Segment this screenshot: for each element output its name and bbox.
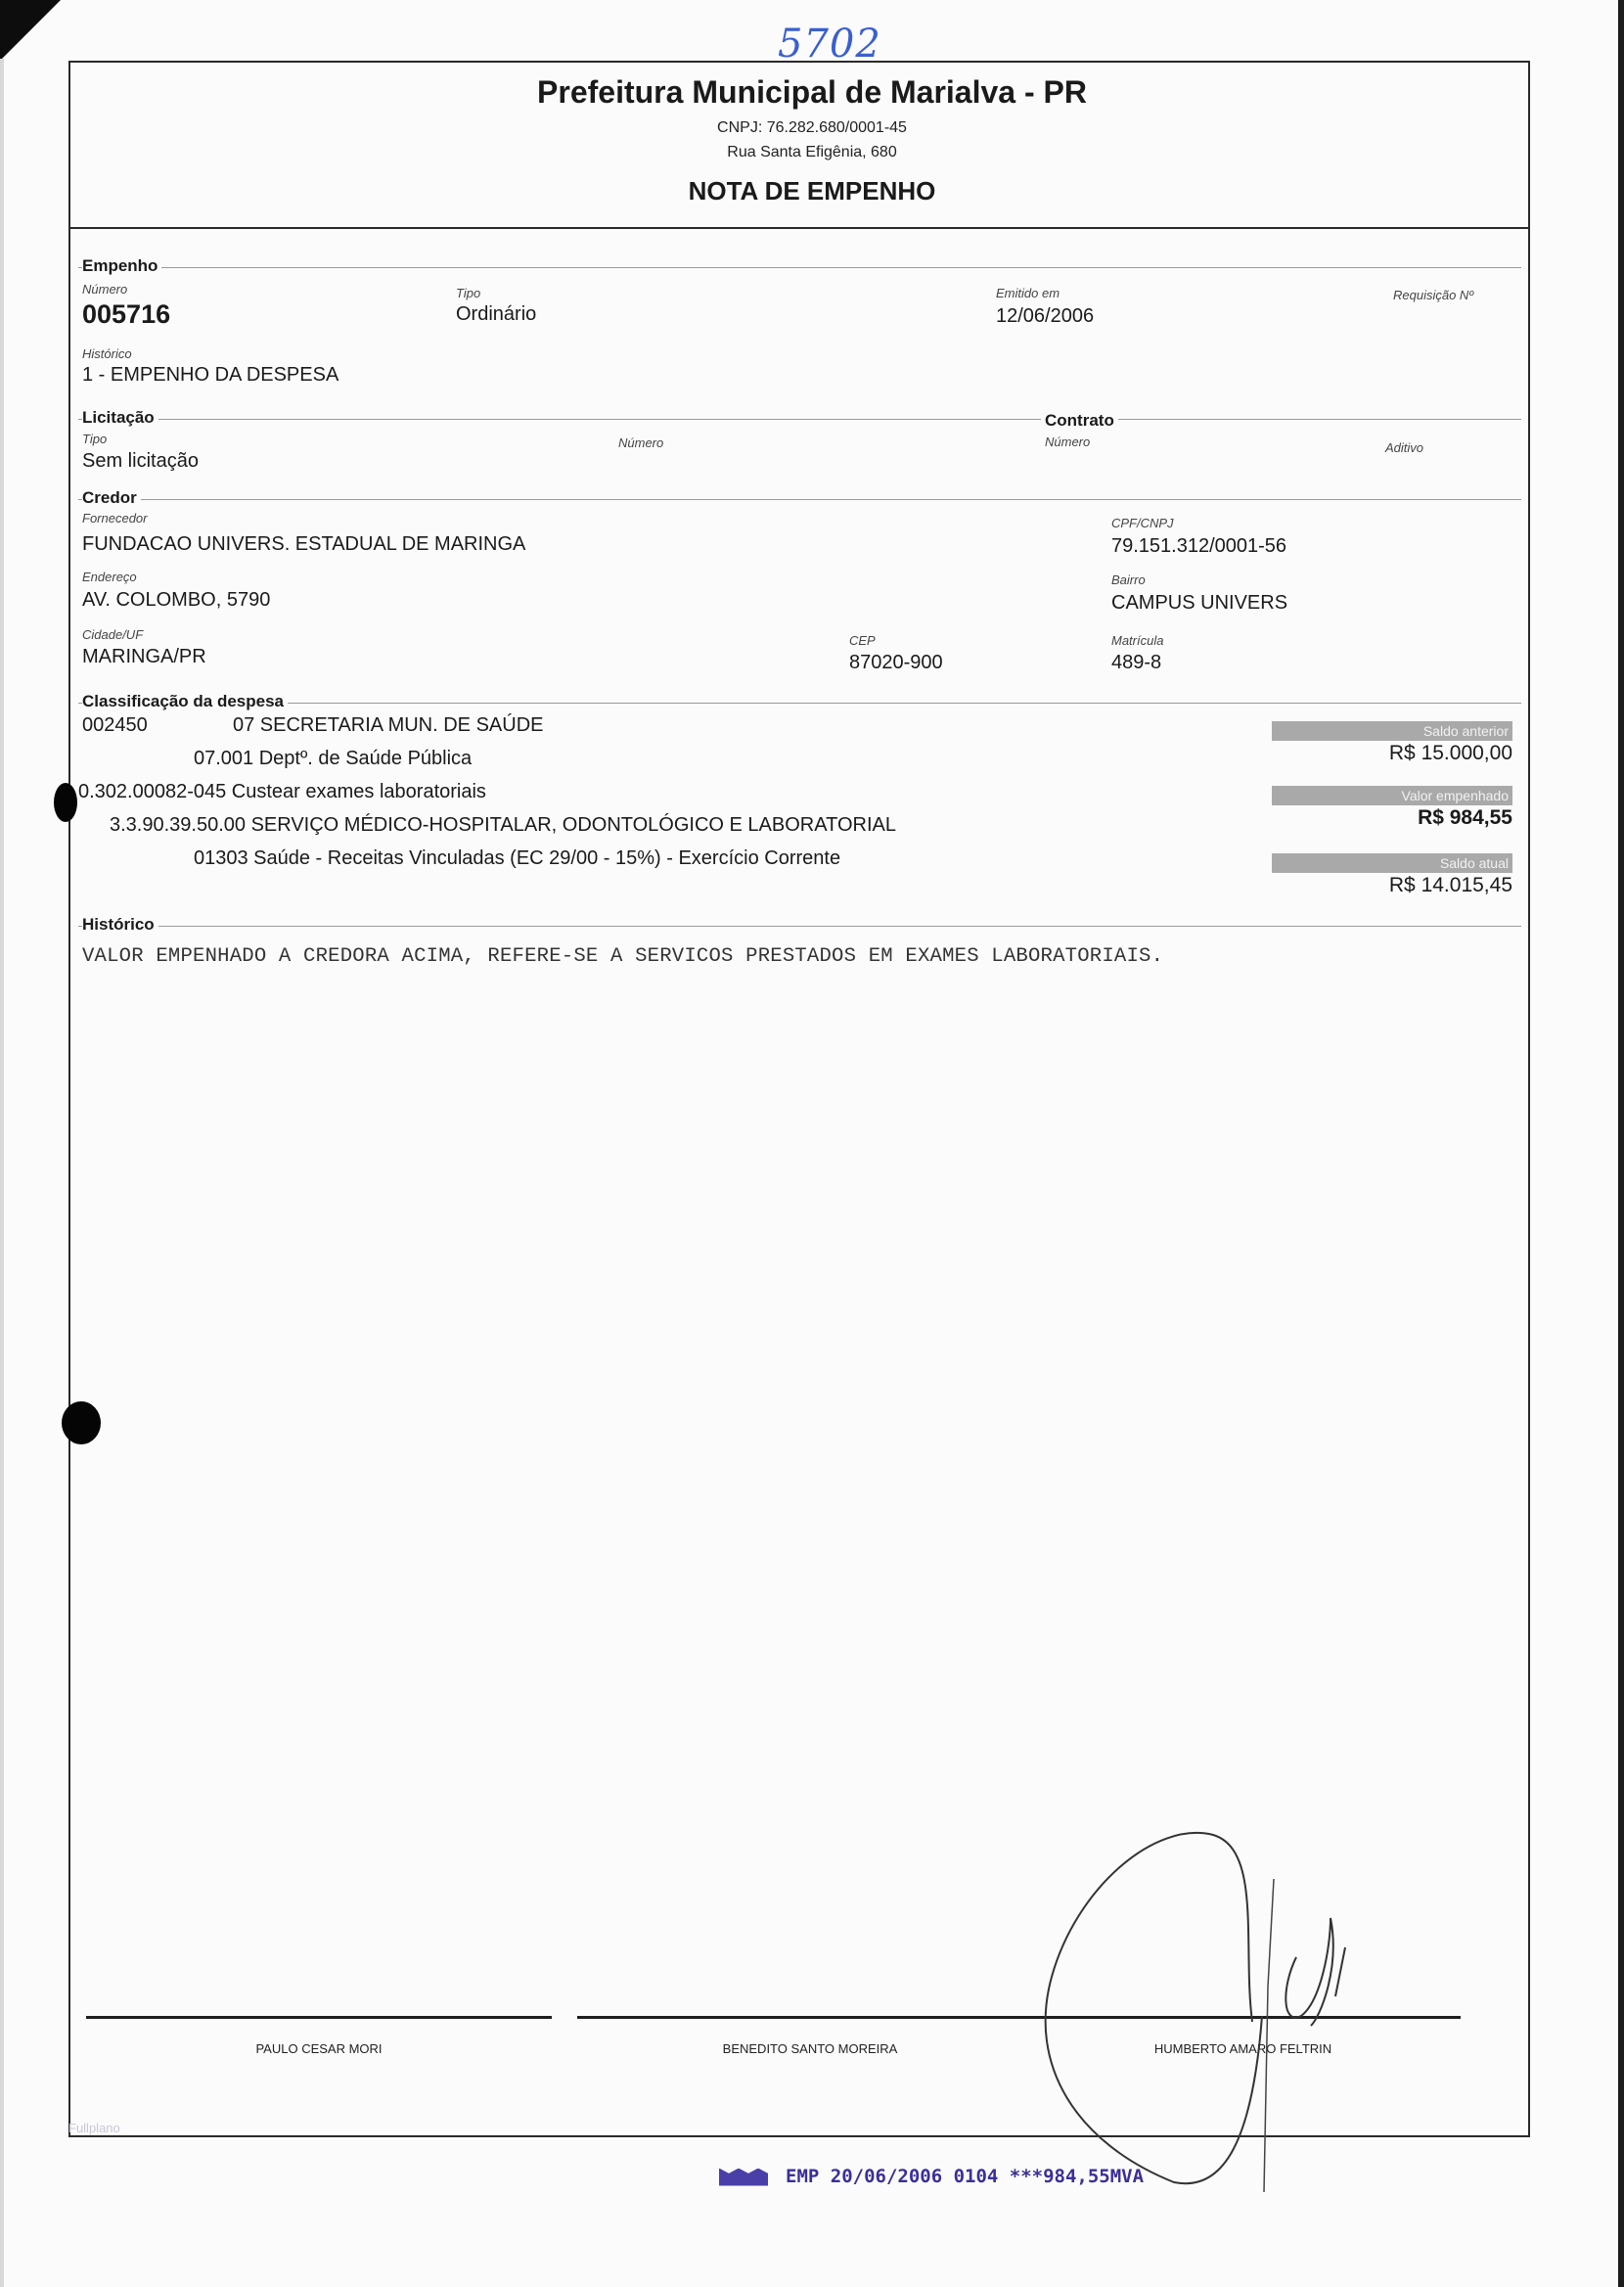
empenho-emitido-label: Emitido em	[996, 286, 1060, 300]
organization-cnpj: CNPJ: 76.282.680/0001-45	[0, 119, 1624, 137]
classificacao-projeto: 0.302.00082-045 Custear exames laborator…	[78, 781, 486, 803]
section-label-empenho: Empenho	[82, 256, 161, 276]
empenho-historico-label: Histórico	[82, 346, 132, 361]
section-divider-classificacao	[78, 703, 1521, 704]
saldo-anterior-value: R$ 15.000,00	[1272, 742, 1512, 765]
saldo-anterior-label: Saldo anterior	[1272, 721, 1512, 741]
credor-fornecedor-label: Fornecedor	[82, 511, 147, 526]
classificacao-orgao: 07 SECRETARIA MUN. DE SAÚDE	[233, 714, 543, 737]
scan-corner-shadow	[0, 0, 61, 61]
header-divider	[68, 227, 1530, 229]
credor-endereco-value: AV. COLOMBO, 5790	[82, 589, 270, 612]
section-divider-empenho	[78, 267, 1521, 268]
organization-name: Prefeitura Municipal de Marialva - PR	[0, 74, 1624, 111]
credor-cidade-value: MARINGA/PR	[82, 646, 206, 668]
signature-line-1	[86, 2016, 552, 2019]
saldo-atual-label: Saldo atual	[1272, 853, 1512, 873]
credor-endereco-label: Endereço	[82, 570, 137, 584]
section-label-classificacao: Classificação da despesa	[82, 692, 288, 711]
footer-faint-label: Fullplano	[68, 2121, 120, 2135]
valor-empenhado-value: R$ 984,55	[1272, 806, 1512, 830]
empenho-tipo-label: Tipo	[456, 286, 480, 300]
section-divider-historico	[78, 926, 1521, 927]
licitacao-tipo-label: Tipo	[82, 432, 107, 446]
credor-cep-label: CEP	[849, 633, 876, 648]
mechanical-stamp: EMP 20/06/2006 0104 ***984,55MVA	[719, 2166, 1144, 2187]
scan-left-edge	[0, 59, 4, 2287]
valor-empenhado-label: Valor empenhado	[1272, 786, 1512, 805]
section-label-historico: Histórico	[82, 915, 158, 935]
classificacao-code: 002450	[82, 714, 148, 737]
classificacao-fonte: 01303 Saúde - Receitas Vinculadas (EC 29…	[194, 847, 840, 870]
empenho-numero-value: 005716	[82, 299, 170, 330]
credor-fornecedor-value: FUNDACAO UNIVERS. ESTADUAL DE MARINGA	[82, 533, 525, 556]
classificacao-unidade: 07.001 Deptº. de Saúde Pública	[194, 748, 472, 770]
section-label-credor: Credor	[82, 488, 141, 508]
punch-hole-top	[54, 783, 77, 822]
credor-bairro-value: CAMPUS UNIVERS	[1111, 592, 1287, 615]
credor-matricula-value: 489-8	[1111, 652, 1161, 674]
credor-cep-value: 87020-900	[849, 652, 943, 674]
empenho-tipo-value: Ordinário	[456, 303, 536, 326]
stamp-logo-icon	[719, 2169, 768, 2186]
empenho-emitido-value: 12/06/2006	[996, 305, 1094, 328]
licitacao-numero-label: Número	[618, 435, 663, 450]
document-title: NOTA DE EMPENHO	[0, 176, 1624, 206]
empenho-requisicao-label: Requisição Nº	[1393, 288, 1473, 302]
contrato-aditivo-label: Aditivo	[1385, 440, 1423, 455]
credor-bairro-label: Bairro	[1111, 572, 1146, 587]
signature-line-2	[577, 2016, 1043, 2019]
empenho-historico-value: 1 - EMPENHO DA DESPESA	[82, 364, 338, 387]
historico-text: VALOR EMPENHADO A CREDORA ACIMA, REFERE-…	[82, 945, 1163, 968]
credor-cpf-cnpj-value: 79.151.312/0001-56	[1111, 535, 1286, 558]
section-divider-licitacao	[78, 419, 1521, 420]
punch-hole-bottom	[62, 1401, 101, 1444]
stamp-text: EMP 20/06/2006 0104 ***984,55MVA	[786, 2166, 1144, 2187]
organization-address: Rua Santa Efigênia, 680	[0, 144, 1624, 161]
contrato-numero-label: Número	[1045, 435, 1090, 449]
saldo-atual-value: R$ 14.015,45	[1272, 874, 1512, 897]
credor-cpf-cnpj-label: CPF/CNPJ	[1111, 516, 1174, 530]
classificacao-elemento: 3.3.90.39.50.00 SERVIÇO MÉDICO-HOSPITALA…	[110, 814, 896, 837]
handwritten-signature	[1017, 1791, 1389, 2192]
section-label-licitacao: Licitação	[82, 408, 158, 428]
empenho-numero-label: Número	[82, 282, 127, 297]
signatory-1: PAULO CESAR MORI	[86, 2041, 552, 2056]
scan-right-edge	[1618, 0, 1624, 2287]
signatory-2: BENEDITO SANTO MOREIRA	[577, 2041, 1043, 2056]
section-divider-credor	[78, 499, 1521, 500]
section-label-contrato: Contrato	[1041, 411, 1118, 431]
credor-matricula-label: Matrícula	[1111, 633, 1163, 648]
credor-cidade-label: Cidade/UF	[82, 627, 143, 642]
licitacao-tipo-value: Sem licitação	[82, 450, 199, 473]
